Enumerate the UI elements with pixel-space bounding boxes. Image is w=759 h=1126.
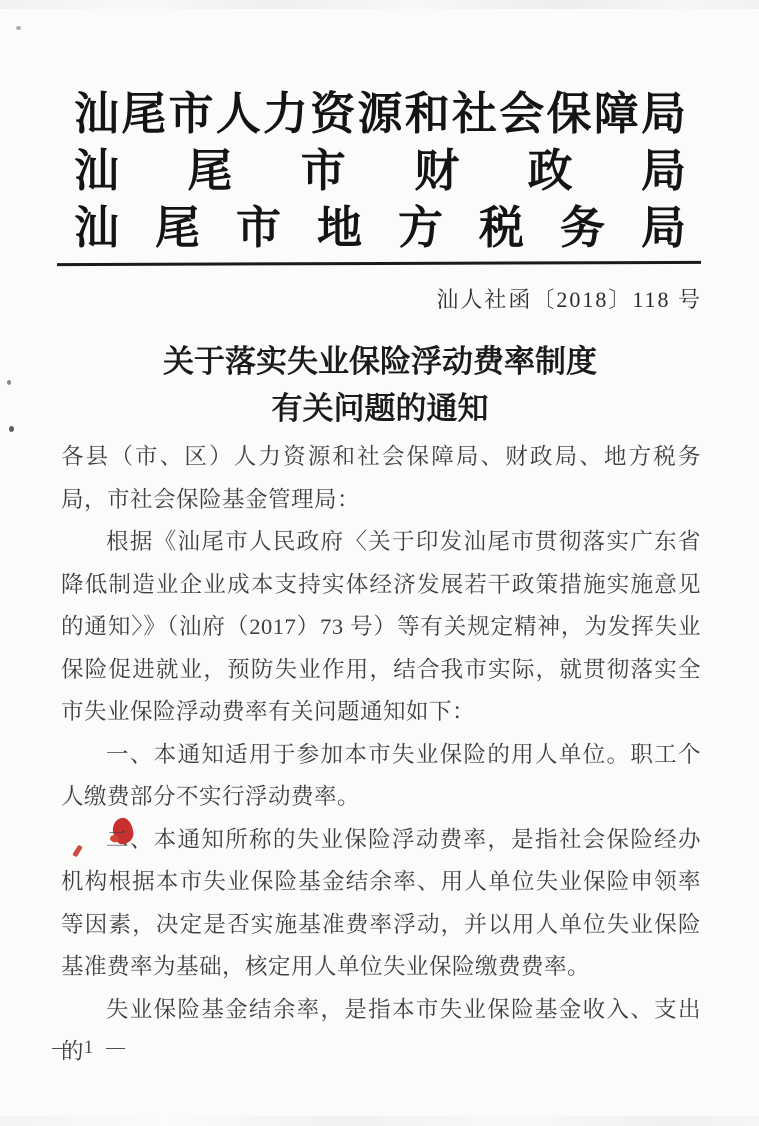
scanned-document-page: 汕尾市人力资源和社会保障局 汕尾市财政局 汕尾市地方税务局 汕人社函〔2018〕… (0, 0, 759, 1126)
scan-speck (16, 26, 21, 30)
agency-name-line-3: 汕尾市地方税务局 (74, 200, 686, 257)
document-title-line-1: 关于落实失业保险浮动费率制度 (163, 344, 597, 379)
agency-name-line-1: 汕尾市人力资源和社会保障局 (74, 86, 686, 143)
document-body: 各县（市、区）人力资源和社会保障局、财政局、地方税务局，市社会保险基金管理局： … (61, 436, 701, 1074)
page-number: — 1 — (52, 1037, 129, 1059)
scan-edge-artifact-top (0, 0, 759, 9)
scan-speck (9, 426, 14, 432)
document-reference-number: 汕人社函〔2018〕118 号 (436, 283, 702, 314)
letterhead: 汕尾市人力资源和社会保障局 汕尾市财政局 汕尾市地方税务局 (74, 86, 686, 257)
document-title-line-2: 有关问题的通知 (272, 391, 489, 426)
document-title: 关于落实失业保险浮动费率制度有关问题的通知 (60, 338, 700, 432)
scan-edge-artifact-bottom (0, 1116, 759, 1126)
letterhead-divider-rule (57, 261, 701, 266)
body-paragraph-item-2: 二、本通知所称的失业保险浮动费率，是指社会保险经办机构根据本市失业保险基金结余率… (61, 819, 701, 989)
salutation-line: 各县（市、区）人力资源和社会保障局、财政局、地方税务局，市社会保险基金管理局： (61, 436, 701, 521)
body-paragraph-item-1: 一、本通知适用于参加本市失业保险的用人单位。职工个人缴费部分不实行浮动费率。 (61, 734, 701, 819)
body-paragraph-basis: 根据《汕尾市人民政府〈关于印发汕尾市贯彻落实广东省降低制造业企业成本支持实体经济… (61, 521, 701, 734)
scan-speck (7, 380, 11, 385)
body-paragraph-fund-balance: 失业保险基金结余率，是指本市失业保险基金收入、支出的 (61, 989, 701, 1074)
agency-name-line-2: 汕尾市财政局 (74, 143, 686, 200)
